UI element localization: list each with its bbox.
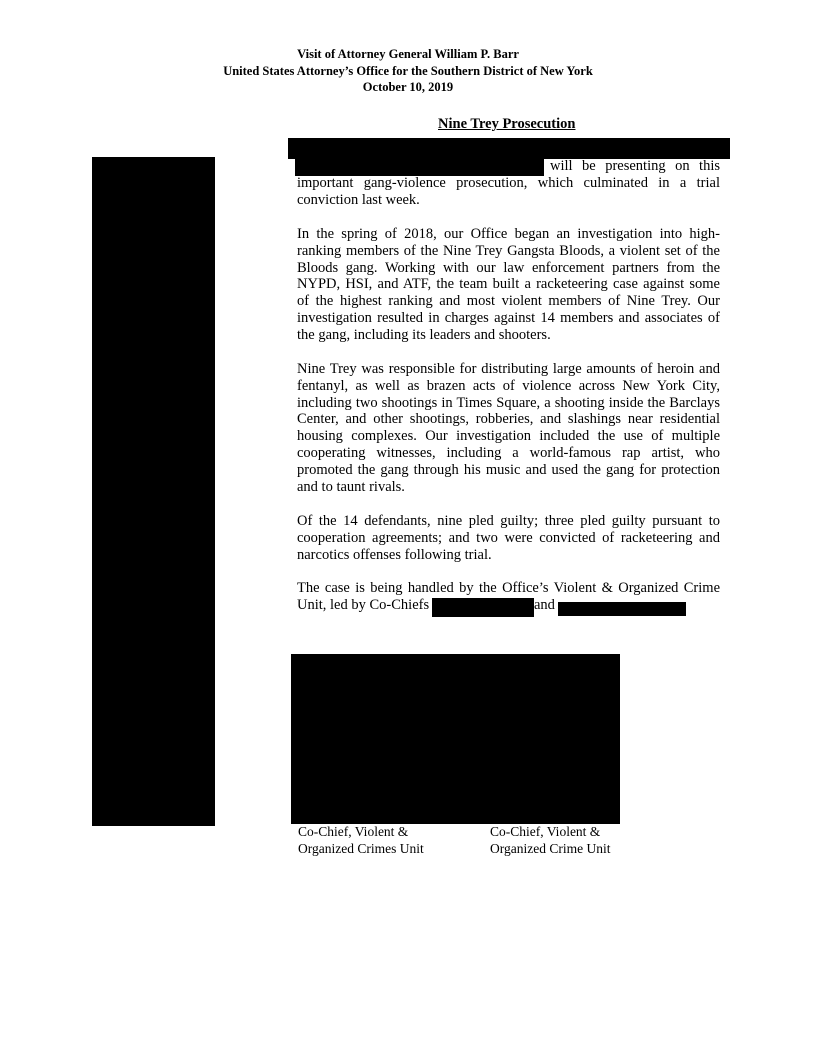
redaction-left-column [92, 157, 215, 826]
violence-line-1: Nine Trey was responsible for distributi… [297, 361, 720, 378]
section-title: Nine Trey Prosecution [438, 116, 575, 133]
paragraph-intro: will be presenting on this important gan… [297, 158, 720, 208]
violence-line-2: fentanyl, as well as brazen acts of viol… [297, 378, 720, 395]
signature-block-1: Co-Chief, Violent & Organized Crimes Uni… [298, 824, 424, 857]
violence-line-7: promoted the gang through his music and … [297, 462, 720, 479]
document-header: Visit of Attorney General William P. Bar… [0, 46, 816, 96]
investigation-line-7: the gang, including its leaders and shoo… [297, 327, 720, 344]
outcome-line-2: cooperation agreements; and two were con… [297, 530, 720, 547]
paragraph-outcome: Of the 14 defendants, nine pled guilty; … [297, 513, 720, 563]
signature-2-title-line-1: Co-Chief, Violent & [490, 824, 610, 841]
violence-line-8: and to taunt rivals. [297, 479, 720, 496]
outcome-line-3: narcotics offenses following trial. [297, 547, 720, 564]
redaction-cochief-name-1 [432, 598, 534, 617]
signature-2-title-line-2: Organized Crime Unit [490, 841, 610, 858]
intro-line-3: conviction last week. [297, 192, 720, 209]
header-office-line: United States Attorney’s Office for the … [0, 63, 816, 80]
redaction-signature-block [291, 654, 620, 824]
signature-1-title-line-2: Organized Crimes Unit [298, 841, 424, 858]
redaction-intro-line1 [288, 138, 730, 159]
investigation-line-4: NYPD, HSI, and ATF, the team built a rac… [297, 276, 720, 293]
investigation-line-3: Bloods gang. Working with our law enforc… [297, 260, 720, 277]
handling-line-1: The case is being handled by the Office’… [297, 580, 720, 597]
outcome-line-1: Of the 14 defendants, nine pled guilty; … [297, 513, 720, 530]
paragraph-violence: Nine Trey was responsible for distributi… [297, 361, 720, 495]
header-visit-line: Visit of Attorney General William P. Bar… [0, 46, 816, 63]
signature-1-title-line-1: Co-Chief, Violent & [298, 824, 424, 841]
intro-line-2: important gang-violence prosecution, whi… [297, 175, 720, 192]
redaction-cochief-name-2 [558, 602, 686, 616]
investigation-line-1: In the spring of 2018, our Office began … [297, 226, 720, 243]
investigation-line-6: investigation resulted in charges agains… [297, 310, 720, 327]
investigation-line-5: of the highest ranking and most violent … [297, 293, 720, 310]
intro-line-1: will be presenting on this [550, 158, 720, 174]
paragraph-investigation: In the spring of 2018, our Office began … [297, 226, 720, 344]
signature-block-2: Co-Chief, Violent & Organized Crime Unit [490, 824, 610, 857]
header-date-line: October 10, 2019 [0, 79, 816, 96]
violence-line-5: housing complexes. Our investigation inc… [297, 428, 720, 445]
investigation-line-2: ranking members of the Nine Trey Gangsta… [297, 243, 720, 260]
handling-line-2-and: and [534, 597, 555, 614]
violence-line-6: cooperating witnesses, including a world… [297, 445, 720, 462]
violence-line-3: including two shootings in Times Square,… [297, 395, 720, 412]
violence-line-4: Center, and other shootings, robberies, … [297, 411, 720, 428]
handling-line-2-prefix: Unit, led by Co-Chiefs [297, 597, 429, 613]
